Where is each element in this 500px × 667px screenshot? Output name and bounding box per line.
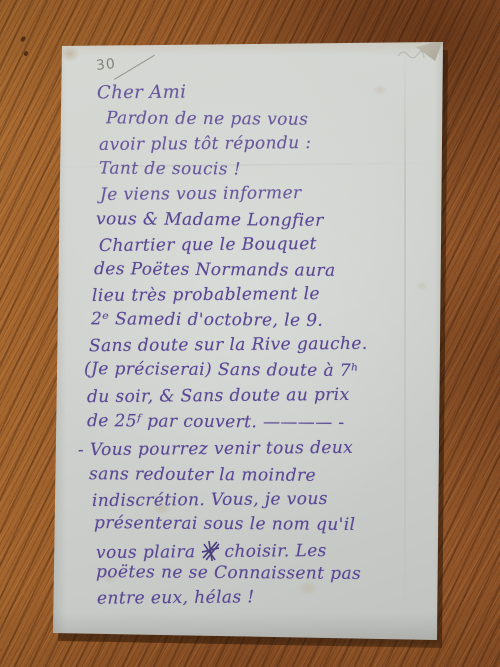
letter-photo: 30 Cher Ami Pardon de ne pas vous avoir … (0, 0, 500, 667)
handwriting-line: Chartier que le Bouquet (99, 236, 317, 255)
crossout-before-text: vous plaira (96, 542, 196, 563)
handwriting-line: Cher Ami (97, 84, 187, 103)
handwriting-line: Sans doute sur la Rive gauche. (89, 336, 368, 355)
wood-knot (23, 50, 28, 56)
handwriting-line: - Vous pourrez venir tous deux (78, 440, 353, 459)
handwriting-line: lieu très probablement le (92, 286, 320, 305)
handwriting-line: Tant de soucis ! (99, 161, 241, 179)
handwriting-line: du soir, & Sans doute au prix (87, 387, 350, 406)
crossout-after-text: choisir. Les (224, 541, 326, 562)
handwriting-line: de 25ᶠ par couvert. ———— - (87, 413, 345, 432)
pencil-number-annotation: 30 (95, 56, 116, 74)
handwriting-line: entre eux, hélas ! (97, 589, 255, 607)
handwriting-line: présenterai sous le nom qu'il (94, 515, 356, 534)
handwriting-line: 2ᵉ Samedi d'octobre, le 9. (91, 311, 323, 330)
handwriting-line: sans redouter la moindre (89, 466, 316, 485)
wood-knot (20, 35, 27, 42)
handwriting-line: vous & Madame Longfier (96, 211, 324, 230)
handwriting-line: Je viens vous informer (100, 185, 302, 204)
handwriting-line: indiscrétion. Vous, je vous (92, 491, 328, 510)
handwriting-line: avoir plus tôt répondu : (99, 135, 312, 154)
handwriting-line: des Poëtes Normands aura (94, 261, 336, 280)
handwriting-line-crossout: vous plaira choisir. Les (96, 539, 327, 562)
handwriting-line: Pardon de ne pas vous (106, 110, 308, 128)
handwriting-line: poëtes ne se Connaissent pas (96, 564, 361, 583)
paper-crease-vertical (404, 44, 406, 636)
handwriting-line: (Je préciserai) Sans doute à 7ʰ (84, 361, 359, 380)
pencil-mark-icon (396, 46, 426, 64)
crossout-scribble-icon (200, 540, 221, 561)
